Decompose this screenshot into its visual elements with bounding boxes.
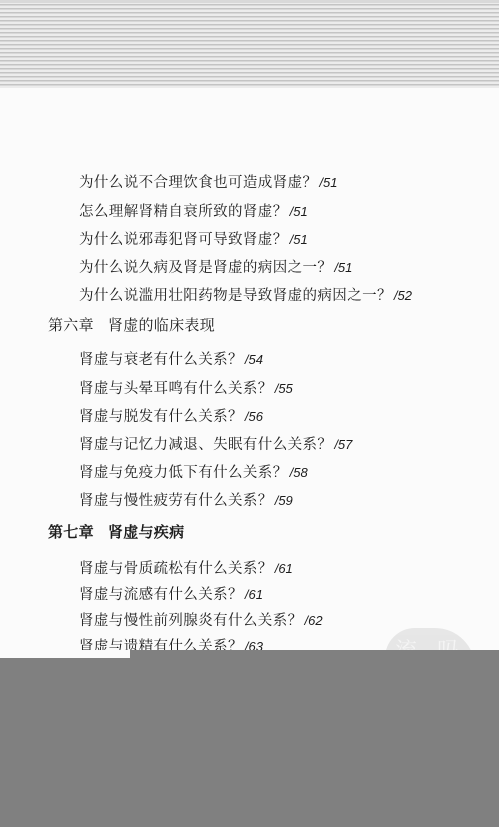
toc-entry[interactable]: 肾虚与骨质疏松有什么关系？/61 xyxy=(79,560,293,578)
toc-entry-text: 为什么说滥用壮阳药物是导致肾虚的病因之一？ xyxy=(79,288,392,304)
toc-entry-text: 肾虚与慢性前列腺炎有什么关系？ xyxy=(79,613,303,629)
toc-entry[interactable]: 为什么说久病及肾是肾虚的病因之一？/51 xyxy=(79,259,352,277)
chapter-heading-7[interactable]: 第七章肾虚与疾病 xyxy=(48,523,184,541)
gray-overlay-panel xyxy=(0,650,499,827)
toc-entry[interactable]: 肾虚与流感有什么关系？/61 xyxy=(79,586,263,604)
toc-entry-text: 为什么说不合理饮食也可造成肾虚？ xyxy=(79,175,317,191)
toc-entry-text: 为什么说久病及肾是肾虚的病因之一？ xyxy=(79,260,332,276)
toc-entry[interactable]: 怎么理解肾精自衰所致的肾虚？/51 xyxy=(79,203,308,221)
toc-entry-text: 肾虚与记忆力减退、失眠有什么关系？ xyxy=(79,437,332,453)
toc-entry[interactable]: 为什么说邪毒犯肾可导致肾虚？/51 xyxy=(79,231,308,249)
toc-entry[interactable]: 为什么说不合理饮食也可造成肾虚？/51 xyxy=(79,174,337,192)
toc-entry-page: /52 xyxy=(394,288,412,303)
chapter-number: 第七章 xyxy=(48,523,94,541)
toc-entry-text: 为什么说邪毒犯肾可导致肾虚？ xyxy=(79,232,288,248)
toc-entry-text: 肾虚与慢性疲劳有什么关系？ xyxy=(79,493,273,509)
toc-entry[interactable]: 肾虚与头晕耳鸣有什么关系？/55 xyxy=(79,380,293,398)
toc-entry-text: 肾虚与免疫力低下有什么关系？ xyxy=(79,465,288,481)
overlay-notch xyxy=(0,650,130,658)
chapter-heading-6[interactable]: 第六章肾虚的临床表现 xyxy=(48,316,215,334)
toc-entry-page: /62 xyxy=(305,613,323,628)
toc-entry[interactable]: 肾虚与慢性前列腺炎有什么关系？/62 xyxy=(79,612,323,630)
chapter-title: 肾虚与疾病 xyxy=(108,523,185,541)
toc-entry-page: /58 xyxy=(290,465,308,480)
toc-entry[interactable]: 肾虚与脱发有什么关系？/56 xyxy=(79,408,263,426)
toc-entry-page: /54 xyxy=(245,352,263,367)
toc-entry-text: 肾虚与流感有什么关系？ xyxy=(79,587,243,603)
toc-entry-page: /59 xyxy=(275,493,293,508)
toc-entry-page: /51 xyxy=(334,260,352,275)
toc-entry-page: /61 xyxy=(275,561,293,576)
toc-entry-text: 肾虚与骨质疏松有什么关系？ xyxy=(79,561,273,577)
toc-entry-page: /61 xyxy=(245,587,263,602)
header-stripe-band xyxy=(0,0,499,88)
toc-entry-page: /51 xyxy=(290,204,308,219)
toc-entry[interactable]: 肾虚与慢性疲劳有什么关系？/59 xyxy=(79,492,293,510)
toc-entry-text: 怎么理解肾精自衰所致的肾虚？ xyxy=(79,204,288,220)
chapter-number: 第六章 xyxy=(48,316,94,334)
toc-entry-text: 肾虚与脱发有什么关系？ xyxy=(79,409,243,425)
toc-entry[interactable]: 肾虚与衰老有什么关系？/54 xyxy=(79,351,263,369)
toc-entry-page: /51 xyxy=(290,232,308,247)
chapter-title: 肾虚的临床表现 xyxy=(108,316,215,334)
toc-entry[interactable]: 肾虚与免疫力低下有什么关系？/58 xyxy=(79,464,308,482)
toc-entry-page: /51 xyxy=(319,175,337,190)
toc-entry[interactable]: 肾虚与记忆力减退、失眠有什么关系？/57 xyxy=(79,436,352,454)
toc-entry-text: 肾虚与头晕耳鸣有什么关系？ xyxy=(79,381,273,397)
toc-entry-page: /55 xyxy=(275,381,293,396)
toc-entry[interactable]: 为什么说滥用壮阳药物是导致肾虚的病因之一？/52 xyxy=(79,287,412,305)
toc-entry-page: /57 xyxy=(334,437,352,452)
toc-entry-text: 肾虚与衰老有什么关系？ xyxy=(79,352,243,368)
toc-entry-page: /56 xyxy=(245,409,263,424)
